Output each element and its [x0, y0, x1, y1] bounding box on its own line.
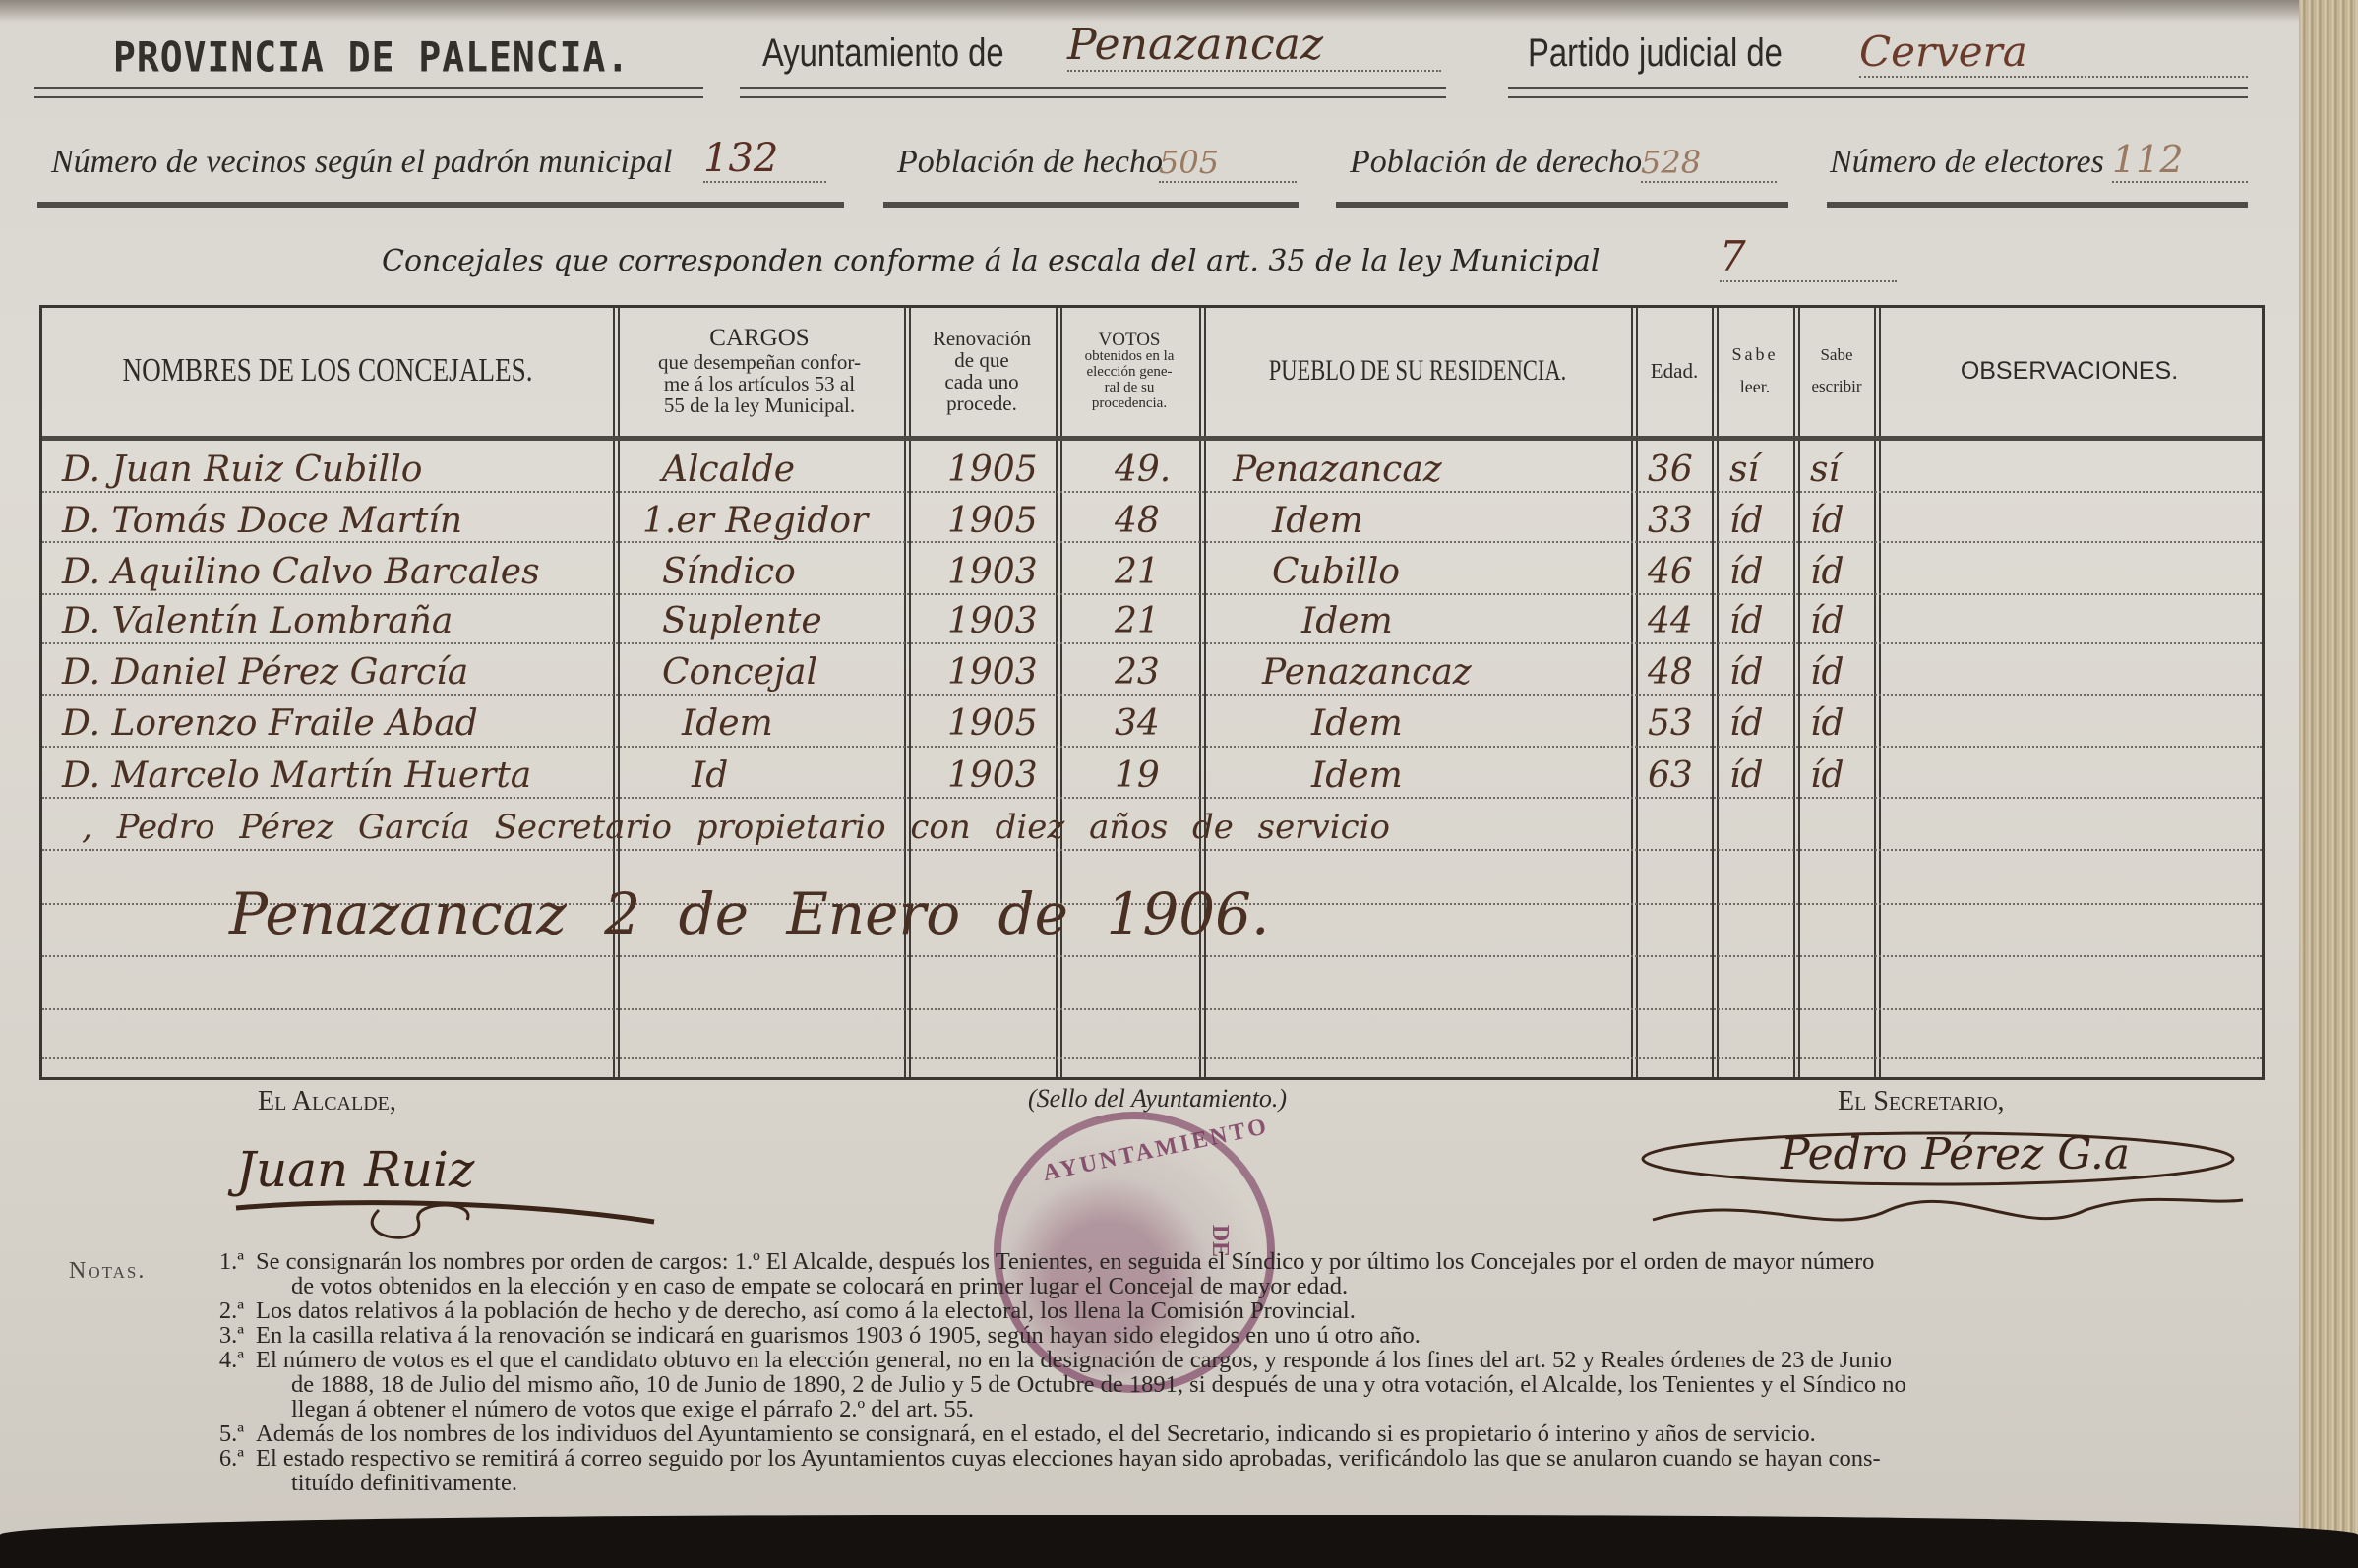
note-line: En la casilla relativa á la renovación s…	[256, 1323, 1421, 1348]
cell-nombre: D. Juan Ruiz Cubillo	[62, 450, 422, 490]
note-line: Además de los nombres de los individuos …	[256, 1421, 1816, 1446]
col-header-edad: Edad.	[1637, 308, 1712, 434]
cell-nombre: D. Aquilino Calvo Barcales	[62, 552, 540, 592]
cell-cargo: Id	[692, 755, 728, 796]
note-number: 5.ª	[185, 1421, 244, 1446]
col-header-sabe-leer-line: Sabe	[1732, 345, 1779, 364]
note-number: 3.ª	[185, 1323, 244, 1348]
hecho-label: Población de hecho	[897, 144, 1163, 181]
column-divider	[1199, 308, 1206, 1077]
ayuntamiento-value: Penazancaz	[1067, 20, 1441, 72]
cell-nombre: D. Marcelo Martín Huerta	[62, 755, 531, 796]
col-header-pueblo: PUEBLO DE SU RESIDENCIA.	[1258, 308, 1577, 434]
concejales-table: NOMBRES DE LOS CONCEJALES. CARGOS que de…	[39, 305, 2265, 1080]
col-header-nombres: NOMBRES DE LOS CONCEJALES.	[99, 308, 556, 434]
row-line	[42, 541, 2262, 543]
col-header-sabe-escribir-line: escribir	[1812, 378, 1862, 395]
cell-cargo: Alcalde	[662, 450, 795, 490]
cell-edad: 53	[1648, 703, 1693, 744]
cell-sabe-leer: íd	[1729, 501, 1764, 541]
cell-sabe-leer: íd	[1729, 755, 1764, 796]
vecinos-value: 132	[703, 136, 826, 183]
cell-pueblo: Penazancaz	[1233, 450, 1442, 490]
page-top-fold	[0, 0, 2322, 22]
seal-text: AYUNTAMIENTO	[1041, 1114, 1272, 1187]
cell-cargo: Suplente	[662, 601, 822, 641]
cell-renovacion: 1903	[947, 652, 1038, 693]
electores-value: 112	[2112, 138, 2248, 183]
row-line	[42, 1008, 2262, 1010]
col-header-votos-title: VOTOS	[1099, 331, 1161, 350]
col-header-renovacion-line: procede.	[946, 392, 1017, 414]
note-line: de 1888, 18 de Julio del mismo año, 10 d…	[291, 1372, 1906, 1397]
cell-sabe-escribir: íd	[1810, 755, 1844, 796]
cell-pueblo: Penazancaz	[1262, 652, 1472, 693]
row-line	[42, 694, 2262, 696]
row-line	[42, 955, 2262, 957]
cell-sabe-escribir: íd	[1810, 501, 1844, 541]
note-number: 2.ª	[185, 1298, 244, 1323]
cell-cargo: Idem	[682, 703, 773, 744]
cell-cargo: 1.er Regidor	[642, 501, 868, 541]
cell-votos: 34	[1115, 703, 1160, 744]
cell-nombre: D. Daniel Pérez García	[62, 652, 468, 693]
header-rule	[42, 436, 2262, 441]
cell-cargo: Concejal	[662, 652, 817, 693]
cell-nombre: D. Lorenzo Fraile Abad	[62, 703, 478, 744]
concejales-label: Concejales que corresponden conforme á l…	[382, 244, 1601, 278]
scan-bottom-shadow	[0, 1515, 2358, 1568]
note-number: 1.ª	[185, 1249, 244, 1274]
col-header-cargos-line: que desempeñan confor-	[658, 351, 861, 373]
ayuntamiento-label: Ayuntamiento de	[762, 31, 1004, 76]
cell-edad: 36	[1648, 450, 1693, 490]
row-line	[42, 491, 2262, 493]
col-header-renovacion-line: Renovación	[933, 328, 1031, 349]
col-header-observaciones: OBSERVACIONES.	[1880, 308, 2259, 434]
cell-cargo: Síndico	[662, 552, 796, 592]
col-header-renovacion-line: cada uno	[944, 371, 1018, 392]
derecho-value: 528	[1641, 144, 1777, 183]
cell-votos: 49.	[1115, 450, 1171, 490]
col-header-renovacion: Renovación de que cada uno procede.	[910, 308, 1054, 434]
hecho-value: 505	[1159, 144, 1297, 183]
cell-nombre: D. Valentín Lombraña	[62, 601, 453, 641]
col-header-votos-line: ral de su	[1105, 381, 1155, 396]
col-header-votos-line: elección gene-	[1086, 365, 1172, 381]
note-line: llegan á obtener el número de votos que …	[291, 1397, 974, 1421]
secretario-label: El Secretario,	[1838, 1086, 2005, 1117]
header-rule	[740, 87, 1446, 98]
note-line: tituído definitivamente.	[291, 1471, 517, 1495]
book-page-edges	[2299, 0, 2358, 1568]
cell-sabe-leer: íd	[1729, 552, 1764, 592]
row-line	[42, 849, 2262, 851]
cell-edad: 46	[1648, 552, 1693, 592]
census-rule	[1336, 202, 1788, 208]
electores-label: Número de electores	[1830, 144, 2104, 181]
cell-renovacion: 1903	[947, 552, 1038, 592]
place-date: Penazancaz 2 de Enero de 1906.	[229, 880, 1269, 947]
header-rule	[1508, 87, 2248, 98]
cell-pueblo: Cubillo	[1272, 552, 1400, 592]
cell-sabe-leer: íd	[1729, 601, 1764, 641]
cell-votos: 48	[1115, 501, 1160, 541]
note-line: Se consignarán los nombres por orden de …	[256, 1249, 1874, 1274]
notes-lead: Notas.	[69, 1259, 146, 1284]
census-rule	[37, 202, 844, 208]
cell-pueblo: Idem	[1301, 601, 1393, 641]
cell-edad: 33	[1648, 501, 1693, 541]
cell-renovacion: 1905	[947, 450, 1038, 490]
cell-edad: 44	[1648, 601, 1693, 641]
col-header-cargos-line: 55 de la ley Municipal.	[664, 394, 855, 416]
note-number: 6.ª	[185, 1446, 244, 1471]
row-line	[42, 1057, 2262, 1059]
cell-votos: 23	[1115, 652, 1160, 693]
cell-sabe-escribir: íd	[1810, 601, 1844, 641]
signature-flourish-icon	[1633, 1121, 2263, 1239]
col-header-votos: VOTOS obtenidos en la elección gene- ral…	[1061, 308, 1197, 434]
cell-edad: 63	[1648, 755, 1693, 796]
vecinos-label: Número de vecinos según el padrón munici…	[51, 144, 672, 181]
col-header-sabe-escribir-line: Sabe	[1820, 346, 1852, 364]
col-header-sabe-leer-line: leer.	[1740, 378, 1770, 396]
signature-flourish-icon	[231, 1180, 664, 1249]
note-line: de votos obtenidos en la elección y en c…	[291, 1274, 1348, 1298]
col-header-cargos-line: me á los artículos 53 al	[664, 373, 855, 394]
note-number: 4.ª	[185, 1348, 244, 1372]
cell-sabe-escribir: íd	[1810, 652, 1844, 693]
document-page: PROVINCIA DE PALENCIA. Ayuntamiento de P…	[0, 0, 2312, 1535]
cell-renovacion: 1905	[947, 501, 1038, 541]
cell-sabe-escribir: íd	[1810, 703, 1844, 744]
seal-label: (Sello del Ayuntamiento.)	[1028, 1084, 1287, 1114]
col-header-cargos-title: CARGOS	[709, 326, 809, 351]
census-rule	[883, 202, 1299, 208]
cell-pueblo: Idem	[1272, 501, 1363, 541]
cell-votos: 19	[1115, 755, 1160, 796]
header-rule	[34, 87, 703, 98]
row-line	[42, 746, 2262, 748]
cell-votos: 21	[1115, 552, 1160, 592]
col-header-cargos: CARGOS que desempeñan confor- me á los a…	[617, 308, 902, 434]
cell-sabe-escribir: íd	[1810, 552, 1844, 592]
cell-sabe-leer: íd	[1729, 703, 1764, 744]
note-line: El número de votos es el que el candidat…	[256, 1348, 1892, 1372]
province-title: PROVINCIA DE PALENCIA.	[113, 33, 630, 81]
concejales-value: 7	[1720, 232, 1897, 282]
note-line: Los datos relativos á la población de he…	[256, 1298, 1356, 1323]
row-line	[42, 642, 2262, 644]
derecho-label: Población de derecho	[1350, 144, 1642, 181]
cell-votos: 21	[1115, 601, 1160, 641]
col-header-votos-line: obtenidos en la	[1085, 349, 1175, 365]
cell-sabe-leer: íd	[1729, 652, 1764, 693]
cell-pueblo: Idem	[1311, 703, 1403, 744]
cell-nombre: D. Tomás Doce Martín	[62, 501, 462, 541]
cell-renovacion: 1905	[947, 703, 1038, 744]
col-header-sabe-escribir: Sabe escribir	[1799, 308, 1874, 434]
census-rule	[1827, 202, 2248, 208]
partido-value: Cervera	[1859, 28, 2248, 78]
row-line	[42, 797, 2262, 799]
note-line: El estado respectivo se remitirá á corre…	[256, 1446, 1881, 1471]
cell-sabe-leer: sí	[1729, 450, 1759, 490]
cell-renovacion: 1903	[947, 755, 1038, 796]
secretary-note: , Pedro Pérez García Secretario propieta…	[82, 808, 1390, 847]
cell-pueblo: Idem	[1311, 755, 1403, 796]
row-line	[42, 593, 2262, 595]
cell-renovacion: 1903	[947, 601, 1038, 641]
col-header-renovacion-line: de que	[954, 349, 1008, 371]
partido-label: Partido judicial de	[1528, 31, 1783, 76]
col-header-votos-line: procedencia.	[1092, 396, 1167, 412]
cell-sabe-escribir: sí	[1810, 450, 1840, 490]
cell-edad: 48	[1648, 652, 1693, 693]
alcalde-label: El Alcalde,	[258, 1086, 396, 1117]
col-header-sabe-leer: Sabe leer.	[1718, 308, 1792, 434]
